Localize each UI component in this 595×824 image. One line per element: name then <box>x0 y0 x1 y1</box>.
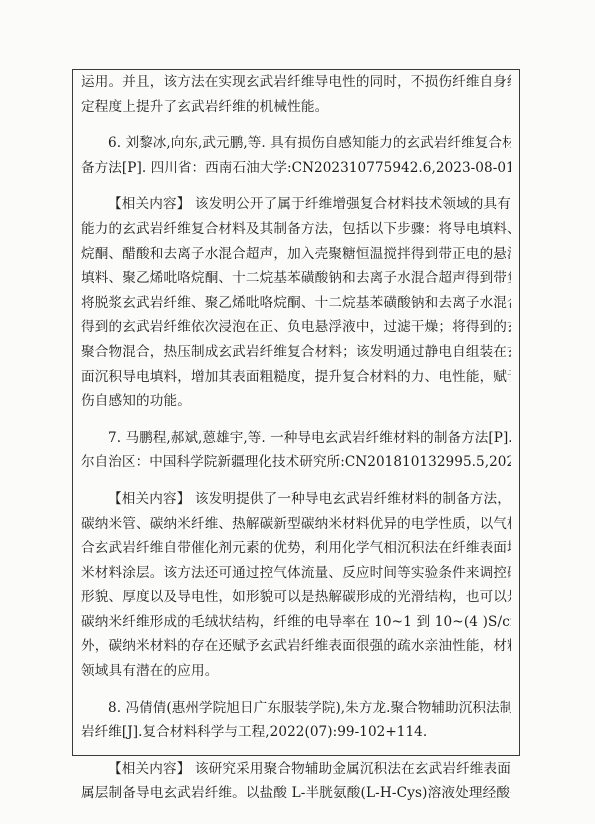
reference-line: 6. 刘黎冰,向东,武元鹏,等. 具有损伤自感知能力的玄武岩纤维复合材料及其制 <box>81 131 511 156</box>
reference-line: 8. 冯倩倩(惠州学院旭日广东服装学院),朱方龙.聚合物辅助沉积法制备导电玄武 <box>81 696 511 721</box>
text-line: 【相关内容】 该发明提供了一种导电玄武岩纤维材料的制备方法，该方法利用 <box>81 487 511 512</box>
text-line: 【相关内容】 该研究采用聚合物辅助金属沉积法在玄武岩纤维表面化学镀镍金 <box>81 757 511 782</box>
text-line: 能力的玄武岩纤维复合材料及其制备方法，包括以下步骤：将导电填料、聚乙烯吡咯 <box>81 217 511 242</box>
text-line: 碳纳米管、碳纳米纤维、热解碳新型碳纳米材料优异的电学性质，以气相为介质并结 <box>81 512 511 537</box>
text-line: 形貌、厚度以及导电性，如形貌可以是热解碳形成的光滑结构，也可以是碳纳米管和 <box>81 585 511 610</box>
text-line: 面沉积导电填料，增加其表面粗糙度，提升复合材料的力、电性能，赋予复合材料损 <box>81 365 511 390</box>
text-line: 【相关内容】 该发明公开了属于纤维增强复合材料技术领域的具有损伤自感知 <box>81 192 511 217</box>
text-line: 运用。并且，该方法在实现玄武岩纤维导电性的同时，不损伤纤维自身结构，且在一 <box>81 70 511 95</box>
reference-8: 8. 冯倩倩(惠州学院旭日广东服装学院),朱方龙.聚合物辅助沉积法制备导电玄武 … <box>81 696 511 745</box>
related-content-7: 【相关内容】 该发明提供了一种导电玄武岩纤维材料的制备方法，该方法利用 碳纳米管… <box>81 487 511 684</box>
text-line: 属层制备导电玄武岩纤维。以盐酸 L-半胱氨酸(L-H-Cys)溶液处理经酸化后的… <box>81 781 511 806</box>
reference-line: 7. 马鹏程,郝斌,蒽雄宇,等. 一种导电玄武岩纤维材料的制备方法[P]. 新疆… <box>81 426 511 451</box>
text-line: 碳纳米纤维形成的毛绒状结构，纤维的电导率在 10~1 到 10~(4 )S/cm… <box>81 610 511 635</box>
text-line: 合玄武岩纤维自带催化剂元素的优势，利用化学气相沉积法在纤维表面均匀沉积碳纳 <box>81 536 511 561</box>
text-line: 米材料涂层。该方法还可通过控气体流量、反应时间等实验条件来调控碳纳米材料的 <box>81 561 511 586</box>
reference-6: 6. 刘黎冰,向东,武元鹏,等. 具有损伤自感知能力的玄武岩纤维复合材料及其制 … <box>81 131 511 180</box>
spacer <box>81 119 511 131</box>
text-line: 外，碳纳米材料的存在还赋予玄武岩纤维表面很强的疏水亲油性能，材料在油水分离 <box>81 634 511 659</box>
related-content-8: 【相关内容】 该研究采用聚合物辅助金属沉积法在玄武岩纤维表面化学镀镍金 属层制备… <box>81 757 511 806</box>
related-content-6: 【相关内容】 该发明公开了属于纤维增强复合材料技术领域的具有损伤自感知 能力的玄… <box>81 192 511 413</box>
continuation-paragraph: 运用。并且，该方法在实现玄武岩纤维导电性的同时，不损伤纤维自身结构，且在一 定程… <box>81 70 511 119</box>
text-line: 烷酮、醋酸和去离子水混合超声，加入壳聚糖恒温搅拌得到带正电的悬浮液；将导电 <box>81 242 511 267</box>
text-line: 伤自感知的功能。 <box>81 389 511 414</box>
text-line: 将脱浆玄武岩纤维、聚乙烯吡咯烷酮、十二烷基苯磺酸钠和去离子水混合超声，过滤； <box>81 291 511 316</box>
spacer <box>81 684 511 696</box>
reference-7: 7. 马鹏程,郝斌,蒽雄宇,等. 一种导电玄武岩纤维材料的制备方法[P]. 新疆… <box>81 426 511 475</box>
content-box: 运用。并且，该方法在实现玄武岩纤维导电性的同时，不损伤纤维自身结构，且在一 定程… <box>72 69 520 756</box>
reference-line: 尔自治区：中国科学院新疆理化技术研究所:CN201810132995.5,202… <box>81 450 511 475</box>
text-line: 定程度上提升了玄武岩纤维的机械性能。 <box>81 95 511 120</box>
reference-line: 备方法[P]. 四川省：西南石油大学:CN202310775942.6,2023… <box>81 156 511 181</box>
spacer <box>81 475 511 487</box>
spacer <box>81 414 511 426</box>
text-line: 聚合物混合，热压制成玄武岩纤维复合材料；该发明通过静电自组装在玄武岩纤维表 <box>81 340 511 365</box>
spacer <box>81 745 511 757</box>
text-line: 得到的玄武岩纤维依次浸泡在正、负电悬浮液中，过滤干燥；将得到的玄武岩纤维与 <box>81 315 511 340</box>
text-line: 填料、聚乙烯吡咯烷酮、十二烷基苯磺酸钠和去离子水混合超声得到带负电的悬浮液； <box>81 266 511 291</box>
reference-line: 岩纤维[J].复合材料科学与工程,2022(07):99-102+114. <box>81 720 511 745</box>
spacer <box>81 180 511 192</box>
text-line: 领域具有潜在的应用。 <box>81 659 511 684</box>
